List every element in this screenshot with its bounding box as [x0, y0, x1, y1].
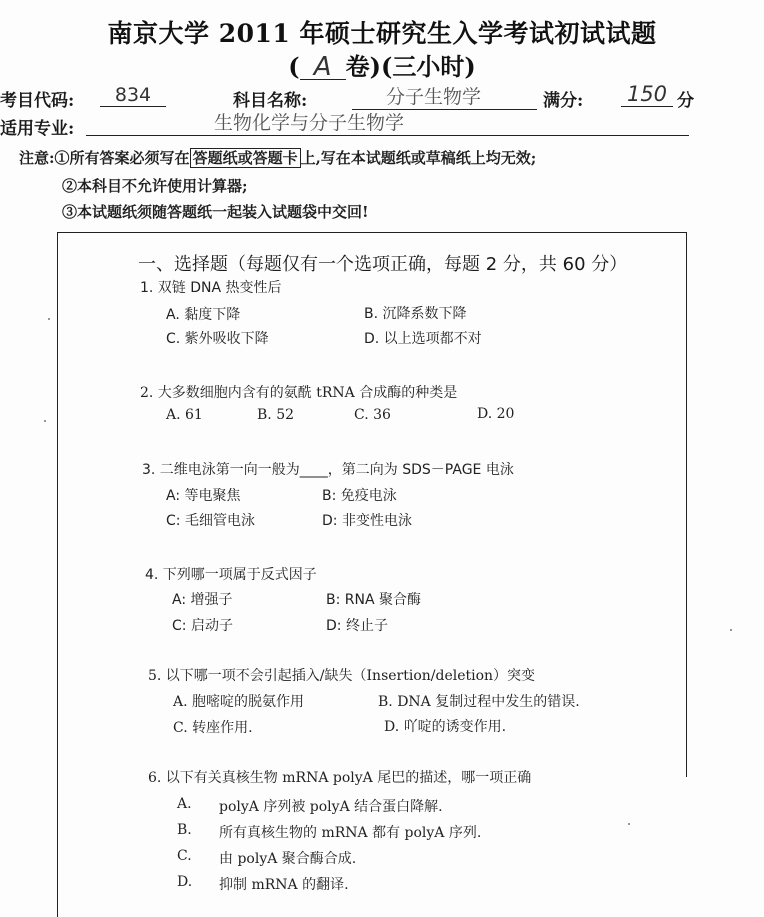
subtitle-open-paren: ( — [288, 52, 299, 81]
question-2-option-a: A. 61 — [166, 407, 203, 423]
question-3-option-d: D: 非变性电泳 — [322, 510, 412, 530]
question-6-option-c-letter: C. — [177, 848, 192, 864]
subject-code-label: 考目代码: — [0, 86, 74, 111]
subject-name-field: 分子生物学 — [352, 82, 537, 110]
notice-item-1-prefix: ①所有答案必须写在 — [55, 149, 190, 167]
question-6-option-a-text: polyA 序列被 polyA 结合蛋白降解. — [219, 796, 443, 816]
question-3-stem: 3. 二维电泳第一向一般为____，第二向为 SDS－PAGE 电泳 — [142, 459, 514, 479]
full-score: 150 — [621, 82, 673, 107]
question-4-option-a: A: 增强子 — [172, 589, 233, 609]
question-4-stem: 4. 下列哪一项属于反式因子 — [145, 564, 317, 584]
question-4-option-d: D: 终止子 — [326, 615, 388, 635]
answer-frame-top-border — [57, 232, 687, 233]
exam-subtitle: (A卷)(三小时) — [0, 47, 764, 82]
question-1-option-a: A. 黏度下降 — [166, 304, 240, 324]
question-1-stem: 1. 双链 DNA 热变性后 — [140, 277, 282, 297]
question-4-option-c: C: 启动子 — [172, 615, 233, 635]
notice-label: 注意: — [19, 149, 55, 167]
question-1-option-b: B. 沉降系数下降 — [364, 303, 467, 323]
notice-item-1: 注意:①所有答案必须写在答题纸或答题卡上,写在本试题纸或草稿纸上均无效; — [19, 147, 536, 168]
notice-item-2: ②本科目不允许使用计算器; — [62, 175, 248, 196]
major: 生物化学与分子生物学 — [86, 108, 689, 136]
question-6-option-b-text: 所有真核生物的 mRNA 都有 polyA 序列. — [219, 822, 481, 842]
answer-sheet-boxed: 答题纸或答题卡 — [190, 148, 301, 168]
question-5-stem: 5. 以下哪一项不会引起插入/缺失（Insertion/deletion）突变 — [148, 665, 535, 685]
question-6-option-d-letter: D. — [177, 874, 192, 890]
exam-title: 南京大学 2011 年硕士研究生入学考试初试试题 — [0, 14, 764, 50]
section-heading-multiple-choice: 一、选择题（每题仅有一个选项正确，每题 2 分，共 60 分） — [138, 250, 627, 276]
question-2-option-c: C. 36 — [354, 407, 391, 423]
scan-speck — [48, 318, 50, 320]
question-6-option-c-text: 由 polyA 聚合酶合成. — [219, 848, 356, 868]
scan-speck — [44, 420, 46, 422]
question-3-option-c: C: 毛细管电泳 — [166, 510, 255, 530]
question-3-option-b: B: 免疫电泳 — [322, 485, 397, 505]
question-6-option-b-letter: B. — [177, 822, 192, 838]
question-6-stem: 6. 以下有关真核生物 mRNA polyA 尾巴的描述，哪一项正确 — [148, 767, 531, 787]
question-6-option-d-text: 抑制 mRNA 的翻译. — [219, 874, 349, 894]
question-2-option-b: B. 52 — [257, 407, 294, 423]
paper-version: A — [300, 55, 346, 80]
subject-code-field: 834 — [100, 84, 166, 107]
notice-item-1-suffix: 上,写在本试题纸或草稿纸上均无效; — [301, 149, 537, 167]
question-2-option-d: D. 20 — [477, 406, 514, 422]
notice-item-3: ③本试题纸须随答题纸一起装入试题袋中交回! — [62, 201, 369, 222]
question-5-option-d: D. 吖啶的诱变作用. — [384, 716, 506, 736]
question-5-option-c: C. 转座作用. — [173, 717, 253, 737]
question-1-option-c: C. 紫外吸收下降 — [166, 328, 269, 348]
subtitle-rest: 卷)(三小时) — [346, 52, 476, 81]
question-1-option-d: D. 以上选项都不对 — [364, 328, 482, 348]
answer-frame-left-border — [57, 232, 58, 917]
full-score-field: 150 — [621, 82, 673, 107]
subject-name: 分子生物学 — [352, 82, 537, 110]
answer-frame-right-border — [686, 232, 687, 777]
question-5-option-b: B. DNA 复制过程中发生的错误. — [378, 691, 580, 711]
question-4-option-b: B: RNA 聚合酶 — [326, 589, 421, 609]
subject-code: 834 — [100, 84, 166, 107]
question-3-option-a: A: 等电聚焦 — [166, 485, 241, 505]
major-field: 生物化学与分子生物学 — [86, 108, 689, 136]
scan-speck — [628, 823, 630, 825]
major-label: 适用专业: — [0, 114, 74, 139]
question-2-stem: 2. 大多数细胞内含有的氨酰 tRNA 合成酶的种类是 — [140, 382, 457, 402]
scan-speck — [730, 629, 732, 631]
question-5-option-a: A. 胞嘧啶的脱氨作用 — [173, 691, 304, 711]
question-6-option-a-letter: A. — [177, 796, 192, 812]
